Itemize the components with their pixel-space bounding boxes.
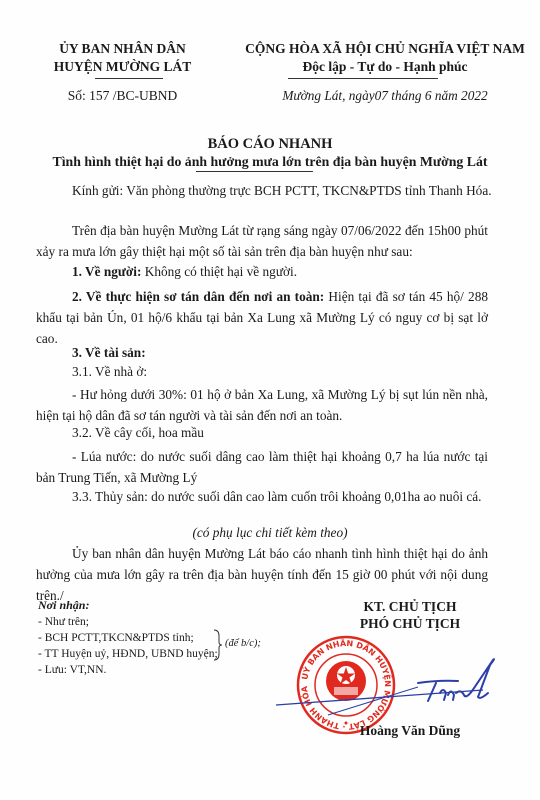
recipient-item: - Lưu: VT,NN.	[38, 663, 106, 678]
nation-name: CỘNG HÒA XÃ HỘI CHỦ NGHĨA VIỆT NAM	[230, 40, 540, 58]
section-3-1-label: 3.1. Về nhà ở:	[72, 364, 147, 380]
brace-note: (để b/c);	[225, 638, 261, 649]
closing-paragraph: Ủy ban nhân dân huyện Mường Lát báo cáo …	[36, 543, 488, 606]
recipient-item: - TT Huyện uỷ, HĐND, UBND huyện;	[38, 647, 218, 662]
section-1-text: Không có thiệt hại về người.	[141, 264, 297, 279]
section-3-2-label: 3.2. Về cây cối, hoa mầu	[72, 425, 204, 441]
report-subtitle: Tình hình thiệt hại do ảnh hưởng mưa lớn…	[0, 154, 540, 170]
subtitle-underline	[196, 171, 313, 172]
section-1-label: 1. Về người:	[72, 264, 141, 279]
recipients-heading: Nơi nhận:	[38, 598, 89, 613]
agency-underline	[95, 78, 163, 79]
signer-role-2: PHÓ CHỦ TỊCH	[330, 616, 490, 632]
signer-name: Hoàng Văn Dũng	[330, 723, 490, 739]
national-header: CỘNG HÒA XÃ HỘI CHỦ NGHĨA VIỆT NAM Độc l…	[230, 40, 540, 76]
report-title: BÁO CÁO NHANH	[0, 136, 540, 153]
section-2: 2. Về thực hiện sơ tán dân đến nơi an to…	[36, 286, 488, 349]
motto-underline	[288, 78, 438, 79]
signer-role-1: KT. CHỦ TỊCH	[330, 599, 490, 615]
section-3-1-text: - Hư hỏng dưới 30%: 01 hộ ở bản Xa Lung,…	[36, 384, 488, 426]
issuing-agency: ỦY BAN NHÂN DÂN HUYỆN MƯỜNG LÁT	[40, 40, 205, 76]
recipient-item: - Như trên;	[38, 615, 89, 630]
appendix-note: (có phụ lục chi tiết kèm theo)	[0, 525, 540, 541]
section-3-3-text: 3.3. Thủy sản: do nước suối dân cao làm …	[36, 486, 488, 507]
document-number: Số: 157 /BC-UBND	[40, 88, 205, 104]
agency-line-2: HUYỆN MƯỜNG LÁT	[40, 58, 205, 76]
section-1: 1. Về người: Không có thiệt hại về người…	[36, 261, 488, 282]
agency-line-1: ỦY BAN NHÂN DÂN	[40, 40, 205, 58]
signature-icon	[268, 645, 538, 725]
section-3-2-text: - Lúa nước: do nước suối dâng cao làm th…	[36, 446, 488, 488]
section-2-label: 2. Về thực hiện sơ tán dân đến nơi an to…	[72, 289, 324, 304]
place-date: Mường Lát, ngày07 tháng 6 năm 2022	[230, 88, 540, 104]
intro-paragraph: Trên địa bàn huyện Mường Lát từ rạng sán…	[36, 220, 488, 262]
recipient-item: - BCH PCTT,TKCN&PTDS tỉnh;	[38, 631, 194, 646]
national-motto: Độc lập - Tự do - Hạnh phúc	[230, 58, 540, 76]
brace-icon	[212, 628, 224, 662]
recipient-line: Kính gửi: Văn phòng thường trực BCH PCTT…	[72, 183, 492, 199]
section-3-label: 3. Về tài sản:	[72, 345, 146, 361]
